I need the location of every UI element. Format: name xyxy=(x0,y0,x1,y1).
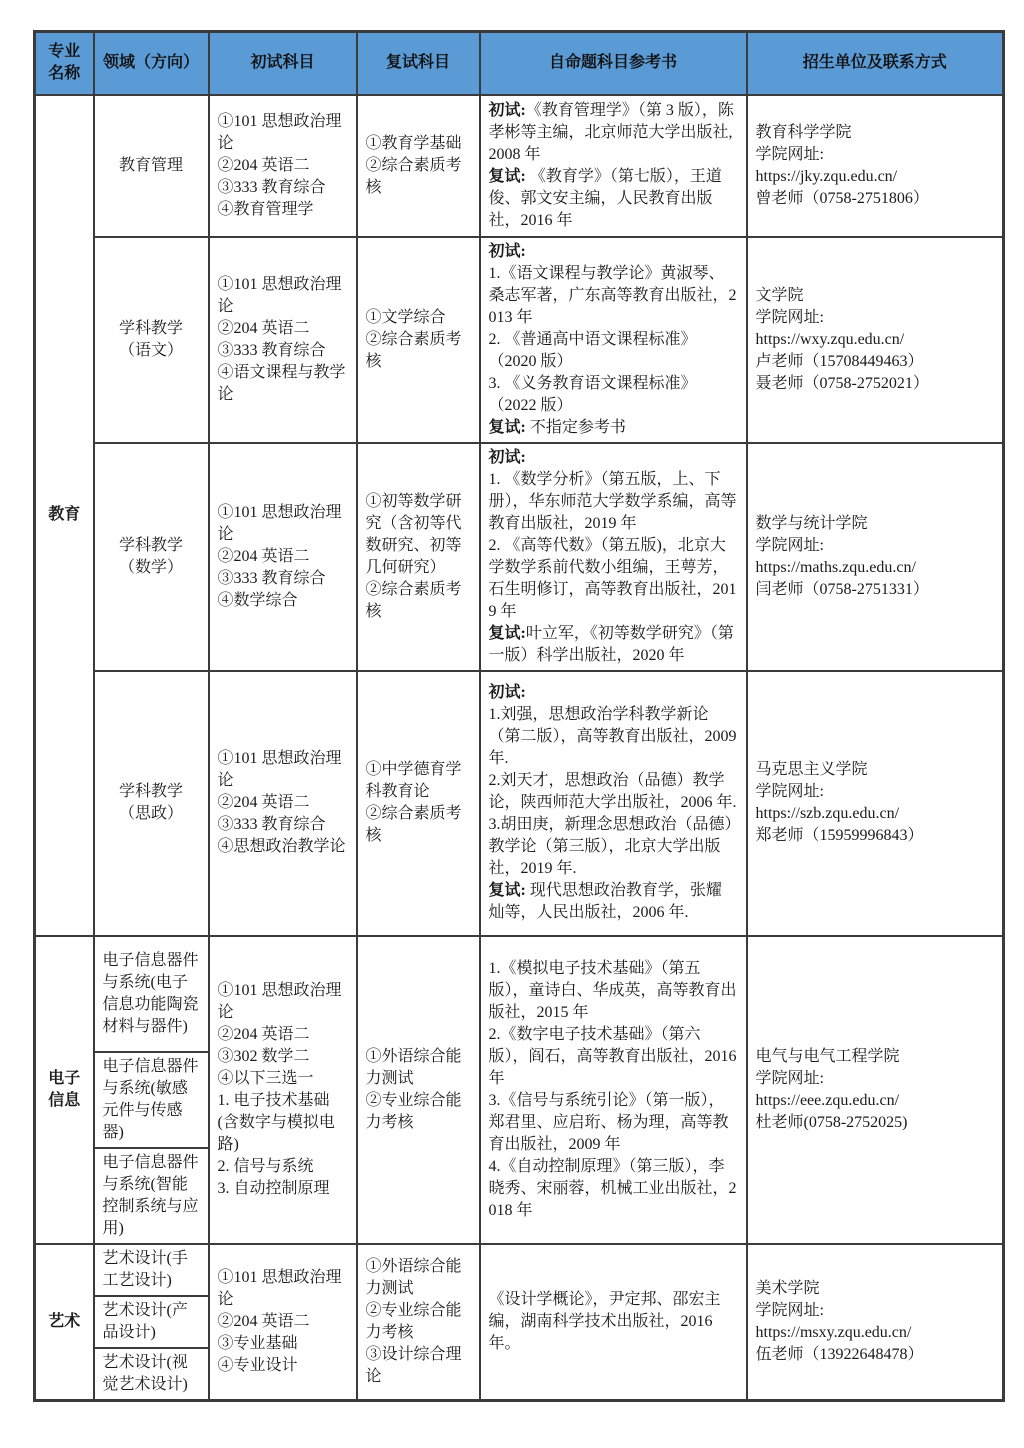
field-cell: 学科教学 （思政） xyxy=(94,671,209,936)
field-cell: 教育管理 xyxy=(94,95,209,237)
retest-subjects-cell: ①外语综合能力测试 ②专业综合能力考核 ③设计综合理论 xyxy=(357,1244,480,1401)
contact-cell: 马克思主义学院 学院网址: https://szb.zqu.edu.cn/ 郑老… xyxy=(747,671,1004,936)
reference-books-cell: 初试: 1.《语文课程与教学论》黄淑琴、桑志军著，广东高等教育出版社，2013 … xyxy=(480,237,747,443)
major-cell-electronic-info: 电子 信息 xyxy=(35,936,94,1244)
contact-cell: 文学院 学院网址: https://wxy.zqu.edu.cn/ 卢老师（15… xyxy=(747,237,1004,443)
initial-label: 初试: xyxy=(489,684,526,701)
contact-cell: 数学与统计学院 学院网址: https://maths.zqu.edu.cn/ … xyxy=(747,443,1004,671)
retest-subjects-cell: ①外语综合能力测试 ②专业综合能力考核 xyxy=(357,936,480,1244)
field-cell: 电子信息器件与系统(电子信息功能陶瓷材料与器件) xyxy=(94,936,209,1052)
retest-label: 复试: xyxy=(489,168,526,185)
table-row: 艺术 艺术设计(手工艺设计) ①101 思想政治理论 ②204 英语二 ③专业基… xyxy=(35,1244,1004,1296)
col-header-major: 专业 名称 xyxy=(35,32,94,95)
field-cell: 艺术设计(产品设计) xyxy=(94,1296,209,1348)
field-cell: 电子信息器件与系统(智能控制系统与应用) xyxy=(94,1148,209,1244)
contact-cell: 美术学院 学院网址: https://msxy.zqu.edu.cn/ 伍老师（… xyxy=(747,1244,1004,1401)
document-page: 专业 名称 领域（方向） 初试科目 复试科目 自命题科目参考书 招生单位及联系方… xyxy=(0,0,1024,1448)
reference-books-cell: 初试: 1. 《数学分析》（第五版，上、下册），华东师范大学数学系编，高等教育出… xyxy=(480,443,747,671)
retest-label: 复试: xyxy=(489,625,526,642)
col-header-field: 领域（方向） xyxy=(94,32,209,95)
retest-subjects-cell: ①教育学基础 ②综合素质考核 xyxy=(357,95,480,237)
field-cell: 电子信息器件与系统(敏感元件与传感器) xyxy=(94,1052,209,1148)
table-row: 教育 教育管理 ①101 思想政治理论 ②204 英语二 ③333 教育综合 ④… xyxy=(35,95,1004,237)
table-row: 学科教学 （数学） ①101 思想政治理论 ②204 英语二 ③333 教育综合… xyxy=(35,443,1004,671)
contact-cell: 教育科学学院 学院网址: https://jky.zqu.edu.cn/ 曾老师… xyxy=(747,95,1004,237)
initial-books-text: 《教育管理学》（第 3 版），陈孝彬等主编，北京师范大学出版社,2008 年 xyxy=(489,102,734,163)
retest-books-text: 叶立军，《初等数学研究》（第一版）科学出版社，2020 年 xyxy=(489,625,734,664)
retest-subjects-cell: ①初等数学研究（含初等代数研究、初等几何研究） ②综合素质考核 xyxy=(357,443,480,671)
retest-label: 复试: xyxy=(489,419,526,436)
major-cell-art: 艺术 xyxy=(35,1244,94,1401)
initial-label: 初试: xyxy=(489,243,526,260)
reference-books-cell: 《设计学概论》，尹定邦、邵宏主编，湖南科学技术出版社，2016 年。 xyxy=(480,1244,747,1401)
initial-subjects-cell: ①101 思想政治理论 ②204 英语二 ③333 教育综合 ④数学综合 xyxy=(209,443,357,671)
initial-books-text: 1.《语文课程与教学论》黄淑琴、桑志军著，广东高等教育出版社，2013 年 2.… xyxy=(489,265,737,414)
initial-label: 初试: xyxy=(489,449,526,466)
initial-subjects-cell: ①101 思想政治理论 ②204 英语二 ③专业基础 ④专业设计 xyxy=(209,1244,357,1401)
admissions-table: 专业 名称 领域（方向） 初试科目 复试科目 自命题科目参考书 招生单位及联系方… xyxy=(33,30,1005,1402)
initial-books-text: 1.刘强，思想政治学科教学新论（第二版），高等教育出版社，2009 年. 2.刘… xyxy=(489,706,741,877)
col-header-contact: 招生单位及联系方式 xyxy=(747,32,1004,95)
retest-books-text: 不指定参考书 xyxy=(526,419,626,436)
table-row: 学科教学 （思政） ①101 思想政治理论 ②204 英语二 ③333 教育综合… xyxy=(35,671,1004,936)
initial-subjects-cell: ①101 思想政治理论 ②204 英语二 ③333 教育综合 ④教育管理学 xyxy=(209,95,357,237)
col-header-initial: 初试科目 xyxy=(209,32,357,95)
reference-books-cell: 初试: 1.刘强，思想政治学科教学新论（第二版），高等教育出版社，2009 年.… xyxy=(480,671,747,936)
reference-books-cell: 1.《模拟电子技术基础》（第五版），童诗白、华成英，高等教育出版社，2015 年… xyxy=(480,936,747,1244)
initial-subjects-cell: ①101 思想政治理论 ②204 英语二 ③302 数学二 ④以下三选一 1. … xyxy=(209,936,357,1244)
col-header-retest: 复试科目 xyxy=(357,32,480,95)
contact-cell: 电气与电气工程学院 学院网址: https://eee.zqu.edu.cn/ … xyxy=(747,936,1004,1244)
field-cell: 艺术设计(手工艺设计) xyxy=(94,1244,209,1296)
initial-subjects-cell: ①101 思想政治理论 ②204 英语二 ③333 教育综合 ④思想政治教学论 xyxy=(209,671,357,936)
col-header-books: 自命题科目参考书 xyxy=(480,32,747,95)
initial-subjects-cell: ①101 思想政治理论 ②204 英语二 ③333 教育综合 ④语文课程与教学论 xyxy=(209,237,357,443)
field-cell: 艺术设计(视觉艺术设计) xyxy=(94,1348,209,1401)
field-cell: 学科教学 （语文） xyxy=(94,237,209,443)
retest-subjects-cell: ①中学德育学科教育论 ②综合素质考核 xyxy=(357,671,480,936)
table-row: 电子 信息 电子信息器件与系统(电子信息功能陶瓷材料与器件) ①101 思想政治… xyxy=(35,936,1004,1052)
initial-label: 初试: xyxy=(489,102,526,119)
field-cell: 学科教学 （数学） xyxy=(94,443,209,671)
major-cell-education: 教育 xyxy=(35,95,94,936)
table-row: 学科教学 （语文） ①101 思想政治理论 ②204 英语二 ③333 教育综合… xyxy=(35,237,1004,443)
header-row: 专业 名称 领域（方向） 初试科目 复试科目 自命题科目参考书 招生单位及联系方… xyxy=(35,32,1004,95)
initial-books-text: 1. 《数学分析》（第五版，上、下册），华东师范大学数学系编，高等教育出版社，2… xyxy=(489,471,737,620)
reference-books-cell: 初试:《教育管理学》（第 3 版），陈孝彬等主编，北京师范大学出版社,2008 … xyxy=(480,95,747,237)
retest-label: 复试: xyxy=(489,882,526,899)
retest-subjects-cell: ①文学综合 ②综合素质考核 xyxy=(357,237,480,443)
